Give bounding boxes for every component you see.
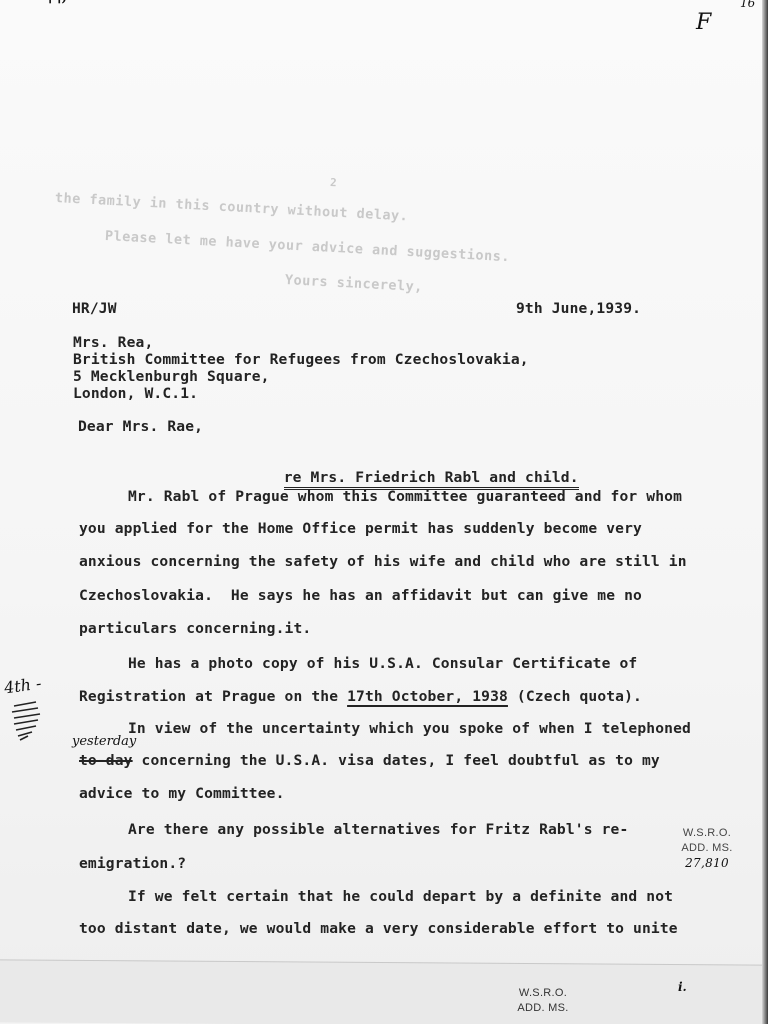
bottom-right-mark: i. — [678, 980, 687, 994]
recipient-name: Mrs. Rea, — [73, 334, 153, 351]
margin-annotation: 4th - — [3, 673, 43, 697]
salutation: Dear Mrs. Rae, — [78, 418, 203, 435]
folio-letter: F — [696, 10, 711, 35]
recipient-street: 5 Mecklenburgh Square, — [73, 368, 270, 385]
handwritten-correction: yesterday — [72, 734, 136, 749]
body-line-rest: concerning the U.S.A. visa dates, I feel… — [133, 752, 660, 769]
show-through-page-number: 2 — [330, 176, 338, 189]
subject-text: re Mrs. Friedrich Rabl and child. — [284, 469, 579, 490]
body-line: If we felt certain that he could depart … — [128, 888, 673, 905]
body-line: He has a photo copy of his U.S.A. Consul… — [128, 655, 637, 672]
archive-stamp-bottom: W.S.R.O. ADD. MS. — [508, 986, 578, 1016]
stamp-number: 27,810 — [672, 856, 742, 871]
show-through-line: Please let me have your advice and sugge… — [105, 228, 511, 265]
reference-code: HR/JW — [72, 300, 117, 317]
body-line: anxious concerning the safety of his wif… — [79, 553, 687, 570]
page-edge — [762, 0, 768, 1024]
body-line: emigration.? — [79, 855, 186, 872]
struck-word: to-day — [79, 752, 133, 769]
folio-number: 16 — [740, 0, 755, 10]
stamp-line: W.S.R.O. — [672, 826, 742, 841]
letter-date: 9th June,1939. — [516, 300, 641, 317]
body-line: Are there any possible alternatives for … — [128, 821, 628, 838]
underlying-sheet — [0, 959, 762, 1024]
body-line: advice to my Committee. — [79, 785, 285, 802]
stamp-line: W.S.R.O. — [508, 986, 578, 1001]
body-line: Mr. Rabl of Prague whom this Committee g… — [128, 488, 682, 505]
recipient-organisation: British Committee for Refugees from Czec… — [73, 351, 529, 368]
registration-date: 17th October, 1938 — [347, 688, 508, 705]
registration-prefix: Registration at Prague on the — [79, 688, 347, 705]
margin-scribble-icon — [10, 700, 44, 742]
stamp-line: ADD. MS. — [672, 841, 742, 856]
body-line: Czechoslovakia. He says he has an affida… — [79, 587, 642, 604]
body-line: to-day concerning the U.S.A. visa dates,… — [79, 752, 660, 769]
stamp-line: ADD. MS. — [508, 1001, 578, 1016]
body-line: particulars concerning.it. — [79, 620, 311, 637]
archive-stamp-side: W.S.R.O. ADD. MS. 27,810 — [672, 826, 742, 871]
recipient-city: London, W.C.1. — [73, 385, 198, 402]
top-left-marks: ' '’ — [48, 0, 66, 14]
body-line: too distant date, we would make a very c… — [79, 920, 678, 937]
body-line: Registration at Prague on the 17th Octob… — [79, 688, 642, 705]
registration-suffix: (Czech quota). — [508, 688, 642, 705]
show-through-line: Yours sincerely, — [285, 272, 424, 295]
body-line: In view of the uncertainty which you spo… — [128, 720, 691, 737]
body-line: you applied for the Home Office permit h… — [79, 520, 642, 537]
show-through-line: the family in this country without delay… — [55, 190, 409, 224]
letter-page: ' '’ F 16 2 the family in this country w… — [0, 0, 762, 975]
